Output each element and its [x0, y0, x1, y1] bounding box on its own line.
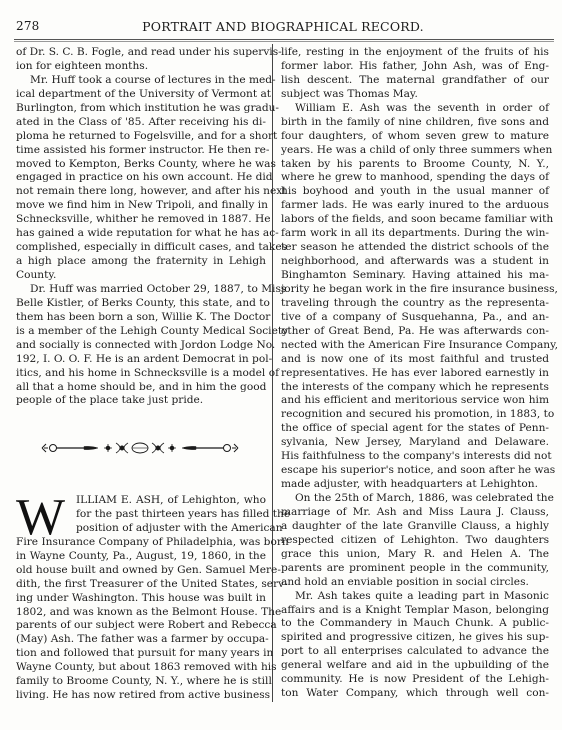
text-line: four daughters, of whom seven grew to ma…: [281, 130, 549, 144]
text-line: ated in the Class of '85. After receivin…: [16, 116, 266, 130]
text-line: County.: [16, 269, 266, 283]
text-line: his boyhood and youth in the usual manne…: [281, 185, 549, 199]
text-line: engaged in practice on his own account. …: [16, 171, 266, 185]
text-line: living. He has now retired from active b…: [16, 689, 266, 703]
text-line: William E. Ash was the seventh in order …: [281, 102, 549, 116]
text-line: Burlington, from which institution he wa…: [16, 102, 266, 116]
text-line: of Dr. S. C. B. Fogle, and read under hi…: [16, 46, 266, 60]
text-line: 192, I. O. O. F. He is an ardent Democra…: [16, 353, 266, 367]
dropcap-lines: ILLIAM E. ASH, of Lehighton, whofor the …: [76, 494, 266, 536]
text-line: jority he began work in the fire insuran…: [281, 283, 549, 297]
text-line: representatives. He has ever labored ear…: [281, 367, 549, 381]
text-line: to the Commandery in Mauch Chunk. A publ…: [281, 617, 549, 631]
text-line: made adjuster, with headquarters at Lehi…: [281, 478, 549, 492]
text-line: has gained a wide reputation for what he…: [16, 227, 266, 241]
text-line: tive of a company of Susquehanna, Pa., a…: [281, 311, 549, 325]
text-line: family to Broome County, N. Y., where he…: [16, 675, 266, 689]
text-line: move we find him in New Tripoli, and fin…: [16, 199, 266, 213]
text-line: On the 25th of March, 1886, was celebrat…: [281, 492, 549, 506]
text-line: ILLIAM E. ASH, of Lehighton, who: [76, 494, 266, 508]
text-line: and his efficient and meritorious servic…: [281, 394, 549, 408]
text-line: tion and followed that pursuit for many …: [16, 647, 266, 661]
text-line: lish descent. The maternal grandfather o…: [281, 74, 549, 88]
text-line: the interests of the company which he re…: [281, 381, 549, 395]
text-line: affairs and is a Knight Templar Mason, b…: [281, 604, 549, 618]
text-line: Schnecksville, whither he removed in 188…: [16, 213, 266, 227]
text-line: a daughter of the late Granville Clauss,…: [281, 520, 549, 534]
text-line: community. He is now President of the Le…: [281, 673, 549, 687]
text-line: Mr. Ash takes quite a leading part in Ma…: [281, 590, 549, 604]
text-line: years. He was a child of only three summ…: [281, 144, 549, 158]
text-line: spirited and progressive citizen, he giv…: [281, 631, 549, 645]
text-line: not remain there long, however, and afte…: [16, 185, 266, 199]
text-line: farmer lads. He was early inured to the …: [281, 199, 549, 213]
text-line: grace this union, Mary R. and Helen A. T…: [281, 548, 549, 562]
text-line: farm work in all its departments. During…: [281, 227, 549, 241]
text-line: old house built and owned by Gen. Samuel…: [16, 564, 266, 578]
text-line: complished, especially in difficult case…: [16, 241, 266, 255]
text-line: Wayne County, but about 1863 removed wit…: [16, 661, 266, 675]
text-line: traveling through the country as the rep…: [281, 297, 549, 311]
text-line: is a member of the Lehigh County Medical…: [16, 325, 266, 339]
text-line: Dr. Huff was married October 29, 1887, t…: [16, 283, 266, 297]
text-line: sylvania, New Jersey, Maryland and Delaw…: [281, 436, 549, 450]
text-line: and socially is connected with Jordon Lo…: [16, 339, 266, 353]
text-line: ion for eighteen months.: [16, 60, 266, 74]
text-line: His faithfulness to the company's intere…: [281, 450, 549, 464]
text-line: ing under Washington. This house was bui…: [16, 592, 266, 606]
right-column: life, resting in the enjoyment of the fr…: [281, 46, 549, 701]
text-line: dith, the first Treasurer of the United …: [16, 578, 266, 592]
text-line: nected with the American Fire Insurance …: [281, 339, 549, 353]
text-line: parents are prominent people in the comm…: [281, 562, 549, 576]
text-line: parents of our subject were Robert and R…: [16, 619, 266, 633]
text-line: Mr. Huff took a course of lectures in th…: [16, 74, 266, 88]
text-line: respected citizen of Lehighton. Two daug…: [281, 534, 549, 548]
drop-cap: W: [16, 492, 65, 544]
text-line: Belle Kistler, of Berks County, this sta…: [16, 297, 266, 311]
text-line: the office of special agent for the stat…: [281, 422, 549, 436]
page-header: 278 PORTRAIT AND BIOGRAPHICAL RECORD.: [16, 19, 550, 35]
text-line: Binghamton Seminary. Having attained his…: [281, 269, 549, 283]
left-column: of Dr. S. C. B. Fogle, and read under hi…: [16, 46, 266, 408]
text-line: ploma he returned to Fogelsville, and fo…: [16, 130, 266, 144]
text-line: all that a home should be, and in him th…: [16, 381, 266, 395]
header-rule: [14, 39, 554, 40]
running-title: PORTRAIT AND BIOGRAPHICAL RECORD.: [16, 19, 550, 34]
text-line: moved to Kempton, Berks County, where he…: [16, 158, 266, 172]
text-line: neighborhood, and afterwards was a stude…: [281, 255, 549, 269]
text-line: people of the place take just pride.: [16, 394, 266, 408]
biography-ash: W ILLIAM E. ASH, of Lehighton, whofor th…: [16, 494, 266, 703]
text-line: in Wayne County, Pa., August, 19, 1860, …: [16, 550, 266, 564]
text-line: ter season he attended the district scho…: [281, 241, 549, 255]
text-line: time assisted his former instructor. He …: [16, 144, 266, 158]
text-line: birth in the family of nine children, fi…: [281, 116, 549, 130]
text-line: them has been born a son, Willie K. The …: [16, 311, 266, 325]
text-line: other of Great Bend, Pa. He was afterwar…: [281, 325, 549, 339]
text-line: subject was Thomas May.: [281, 88, 549, 102]
text-line: for the past thirteen years has filled t…: [76, 508, 266, 522]
text-line: escape his superior's notice, and soon a…: [281, 464, 549, 478]
text-line: former labor. His father, John Ash, was …: [281, 60, 549, 74]
text-line: position of adjuster with the American: [76, 522, 266, 536]
text-line: and hold an enviable position in social …: [281, 576, 549, 590]
biography-ash-body: Fire Insurance Company of Philadelphia, …: [16, 536, 266, 703]
text-line: where he grew to manhood, spending the d…: [281, 171, 549, 185]
text-line: taken by his parents to Broome County, N…: [281, 158, 549, 172]
text-line: general welfare and aid in the upbuildin…: [281, 659, 549, 673]
text-line: ton Water Company, which through well co…: [281, 687, 549, 701]
text-line: (May) Ash. The father was a farmer by oc…: [16, 633, 266, 647]
header-rule-secondary: [14, 41, 554, 42]
text-line: ical department of the University of Ver…: [16, 88, 266, 102]
text-line: marriage of Mr. Ash and Miss Laura J. Cl…: [281, 506, 549, 520]
ornament-divider-icon: [40, 438, 240, 458]
text-line: port to all enterprises calculated to ad…: [281, 645, 549, 659]
text-line: a high place among the fraternity in Leh…: [16, 255, 266, 269]
text-line: and is now one of its most faithful and …: [281, 353, 549, 367]
text-line: recognition and secured his promotion, i…: [281, 408, 549, 422]
text-line: life, resting in the enjoyment of the fr…: [281, 46, 549, 60]
text-line: itics, and his home in Schnecksville is …: [16, 367, 266, 381]
text-line: labors of the fields, and soon became fa…: [281, 213, 549, 227]
text-line: 1802, and was known as the Belmont House…: [16, 606, 266, 620]
